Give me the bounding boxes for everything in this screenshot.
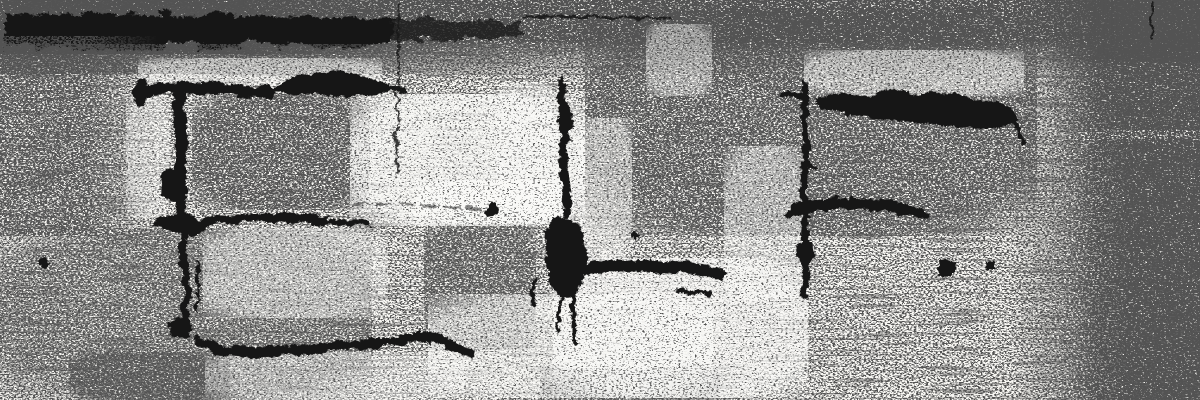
stray-dot-center: [485, 203, 496, 214]
left-top-bar: [136, 86, 266, 91]
middle-small-dot: [630, 230, 636, 236]
noise-left-glyph-interior: [192, 94, 370, 210]
light-patch-below-midbar: [203, 228, 388, 318]
light-halo-above-right-bar: [804, 50, 1024, 96]
noise-right-deep-top: [1050, 0, 1200, 130]
left-top-bar-cap: [138, 79, 140, 100]
light-under-base-stroke: [205, 352, 465, 400]
stray-dot-left: [36, 256, 46, 266]
right-vertical-stroke: [802, 82, 805, 294]
light-halo-left-of-left-glyph: [126, 96, 170, 218]
right-top-tick: [781, 93, 801, 94]
left-vertical-bulge: [158, 166, 182, 198]
right-round-dot: [935, 257, 953, 275]
middle-drip-2: [571, 294, 572, 340]
light-halo-right-of-middle-glyph: [578, 118, 632, 260]
degraded-scan-image: Degraded photocopy scan with three ink m…: [0, 0, 1200, 400]
left-lower-vertical-thin: [195, 258, 196, 308]
light-halo-left-of-middle-glyph: [496, 82, 558, 218]
noise-right-deep-lower: [1070, 140, 1200, 400]
left-middle-bar-tail: [322, 219, 368, 222]
left-vertical-stroke: [177, 94, 181, 214]
right-square-dot: [983, 259, 992, 268]
right-middle-bar-tip: [916, 211, 925, 213]
vertical-scratch-right: [1149, 0, 1150, 36]
scan-canvas: Degraded photocopy scan with three ink m…: [0, 0, 1200, 400]
light-pocket-top-center: [646, 24, 712, 96]
middle-drip-3: [531, 278, 533, 302]
light-column-left-of-right-glyph: [724, 146, 806, 300]
middle-vertical-blob: [556, 102, 570, 134]
